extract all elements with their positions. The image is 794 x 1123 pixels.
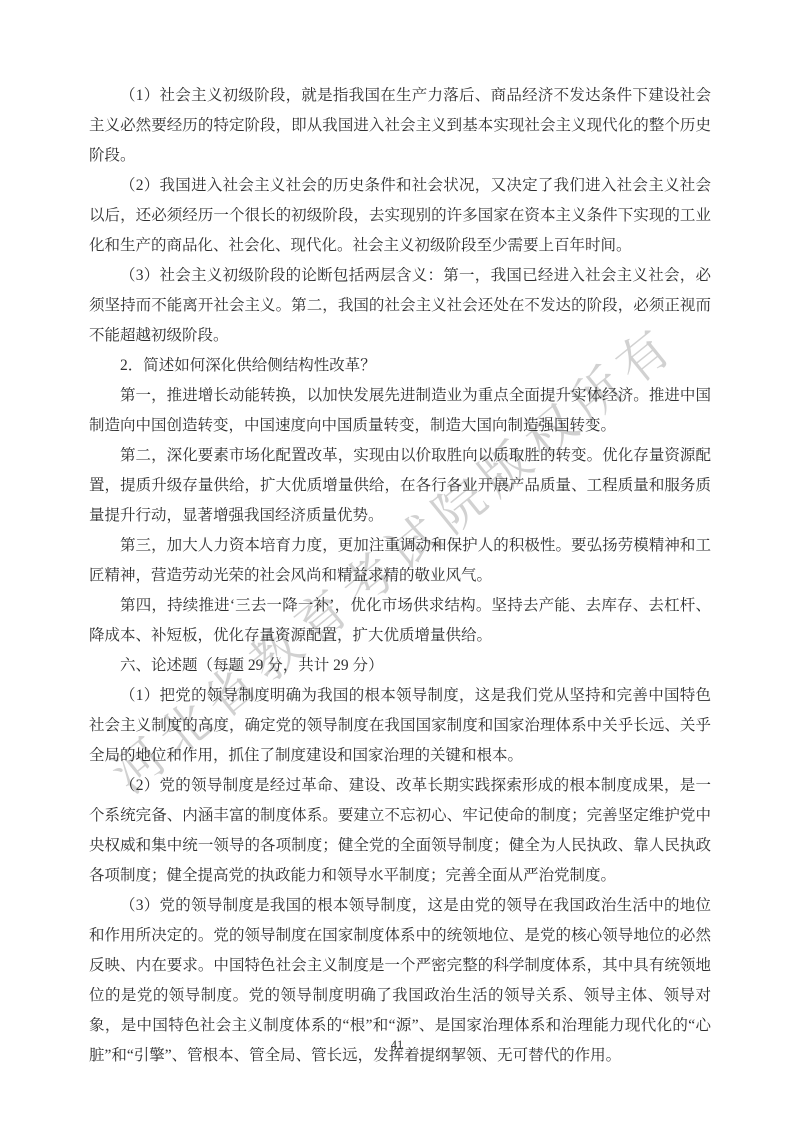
essay-answer-point-1: （1）把党的领导制度明确为我国的根本领导制度，这是我们党从坚持和完善中国特色社会… [89, 681, 711, 771]
answer-2-point-2: 第二，深化要素市场化配置改革，实现由以价取胜向以质取胜的转变。优化存量资源配置，… [89, 441, 711, 531]
answer-1-3-two-meanings: （3）社会主义初级阶段的论断包括两层含义：第一，我国已经进入社会主义社会，必须坚… [89, 261, 711, 351]
section-6-essay-heading: 六、论述题（每题 29 分，共计 29 分） [89, 651, 711, 681]
page-number: 41 [0, 1038, 794, 1053]
answer-2-point-3: 第三，加大人力资本培育力度，更加注重调动和保护人的积极性。要弘扬劳模精神和工匠精… [89, 531, 711, 591]
answer-2-point-4: 第四，持续推进‘三去一降一补’，优化市场供求结构。坚持去产能、去库存、去杠杆、降… [89, 591, 711, 651]
question-2-supply-side-reform: 2．简述如何深化供给侧结构性改革？ [89, 351, 711, 381]
essay-answer-point-2: （2）党的领导制度是经过革命、建设、改革长期实践探索形成的根本制度成果，是一个系… [89, 771, 711, 891]
answer-1-2-historical-conditions: （2）我国进入社会主义社会的历史条件和社会状况，又决定了我们进入社会主义社会以后… [89, 171, 711, 261]
document-body: （1）社会主义初级阶段，就是指我国在生产力落后、商品经济不发达条件下建设社会主义… [89, 81, 711, 1071]
answer-2-point-1: 第一，推进增长动能转换，以加快发展先进制造业为重点全面提升实体经济。推进中国制造… [89, 381, 711, 441]
document-page: 河北省教育考试院版权所有 （1）社会主义初级阶段，就是指我国在生产力落后、商品经… [0, 0, 794, 1123]
answer-1-1-primary-stage-definition: （1）社会主义初级阶段，就是指我国在生产力落后、商品经济不发达条件下建设社会主义… [89, 81, 711, 171]
